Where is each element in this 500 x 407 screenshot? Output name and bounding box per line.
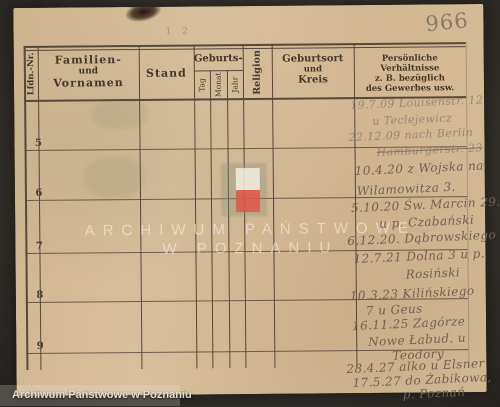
column-header-name: Familien- und Vornamen [38,53,139,90]
handwritten-line: Wilamowitza 3. [357,180,456,198]
handwritten-line: 22.12.09 nach Berlin [348,126,473,144]
handwritten-line-struck: Hamburgerstr. 23 [376,141,483,159]
handwritten-notes-column: 19.7.09 Louisenstr. 12 u Teclejewicz 22.… [341,4,494,393]
row-number: 9 [33,341,47,352]
column-header-ordinal: Lfdn.-Nr. [24,48,38,100]
row-number: 5 [31,138,45,149]
row-number: 8 [33,290,47,301]
column-header-stand: Stand [139,66,194,79]
stray-pencil-mark: 1 2 [165,27,191,37]
archive-stamp-flag-red [236,190,260,212]
handwritten-line: Nowe Łabud. u [368,331,466,349]
handwritten-line: p. Poznań [402,385,465,402]
handwritten-line: 5.10.20 Św. Marcin 29. [351,195,500,216]
handwritten-line: 6.12.20. Dąbrowskiego 69 [347,227,500,248]
column-header-birth: Geburts- [194,53,243,64]
row-number: 7 [32,241,46,252]
column-header-birth-day: Tag [194,70,210,98]
column-header-religion: Religion [243,46,272,98]
scanned-paper-sheet: 966 1 2 Lfdn.-Nr. Familien- und Vornamen… [13,4,486,396]
archive-footer-label: Archiwum Państwowe w Poznaniu [0,385,180,406]
handwritten-line: Rosiński [405,265,460,281]
col-divider-religion [272,44,276,368]
col-divider-ordinal [38,46,42,370]
row-number: 6 [32,188,46,199]
column-header-birth-month: Monat [210,70,227,98]
handwritten-line: 12.7.21 Dolna 3 u p. [353,246,485,266]
handwritten-line: u Teclejewicz [372,111,452,127]
archive-stamp-flag-white [236,168,260,190]
scanned-archive-document: { "colors": { "paper": "#d4ba94", "backg… [0,0,500,407]
handwritten-line: u p. Czabański [379,213,474,231]
ink-stain [124,0,163,25]
bleed-through-smudge [85,157,145,198]
handwritten-line: 10.3.23 Kilińskiego [350,284,475,303]
handwritten-line: 19.7.09 Louisenstr. 12 [350,93,484,112]
column-header-birth-year: Jahr [227,70,243,98]
col-divider-name [139,45,143,369]
handwritten-line: 10.4.20 z Wojska na [354,158,484,178]
